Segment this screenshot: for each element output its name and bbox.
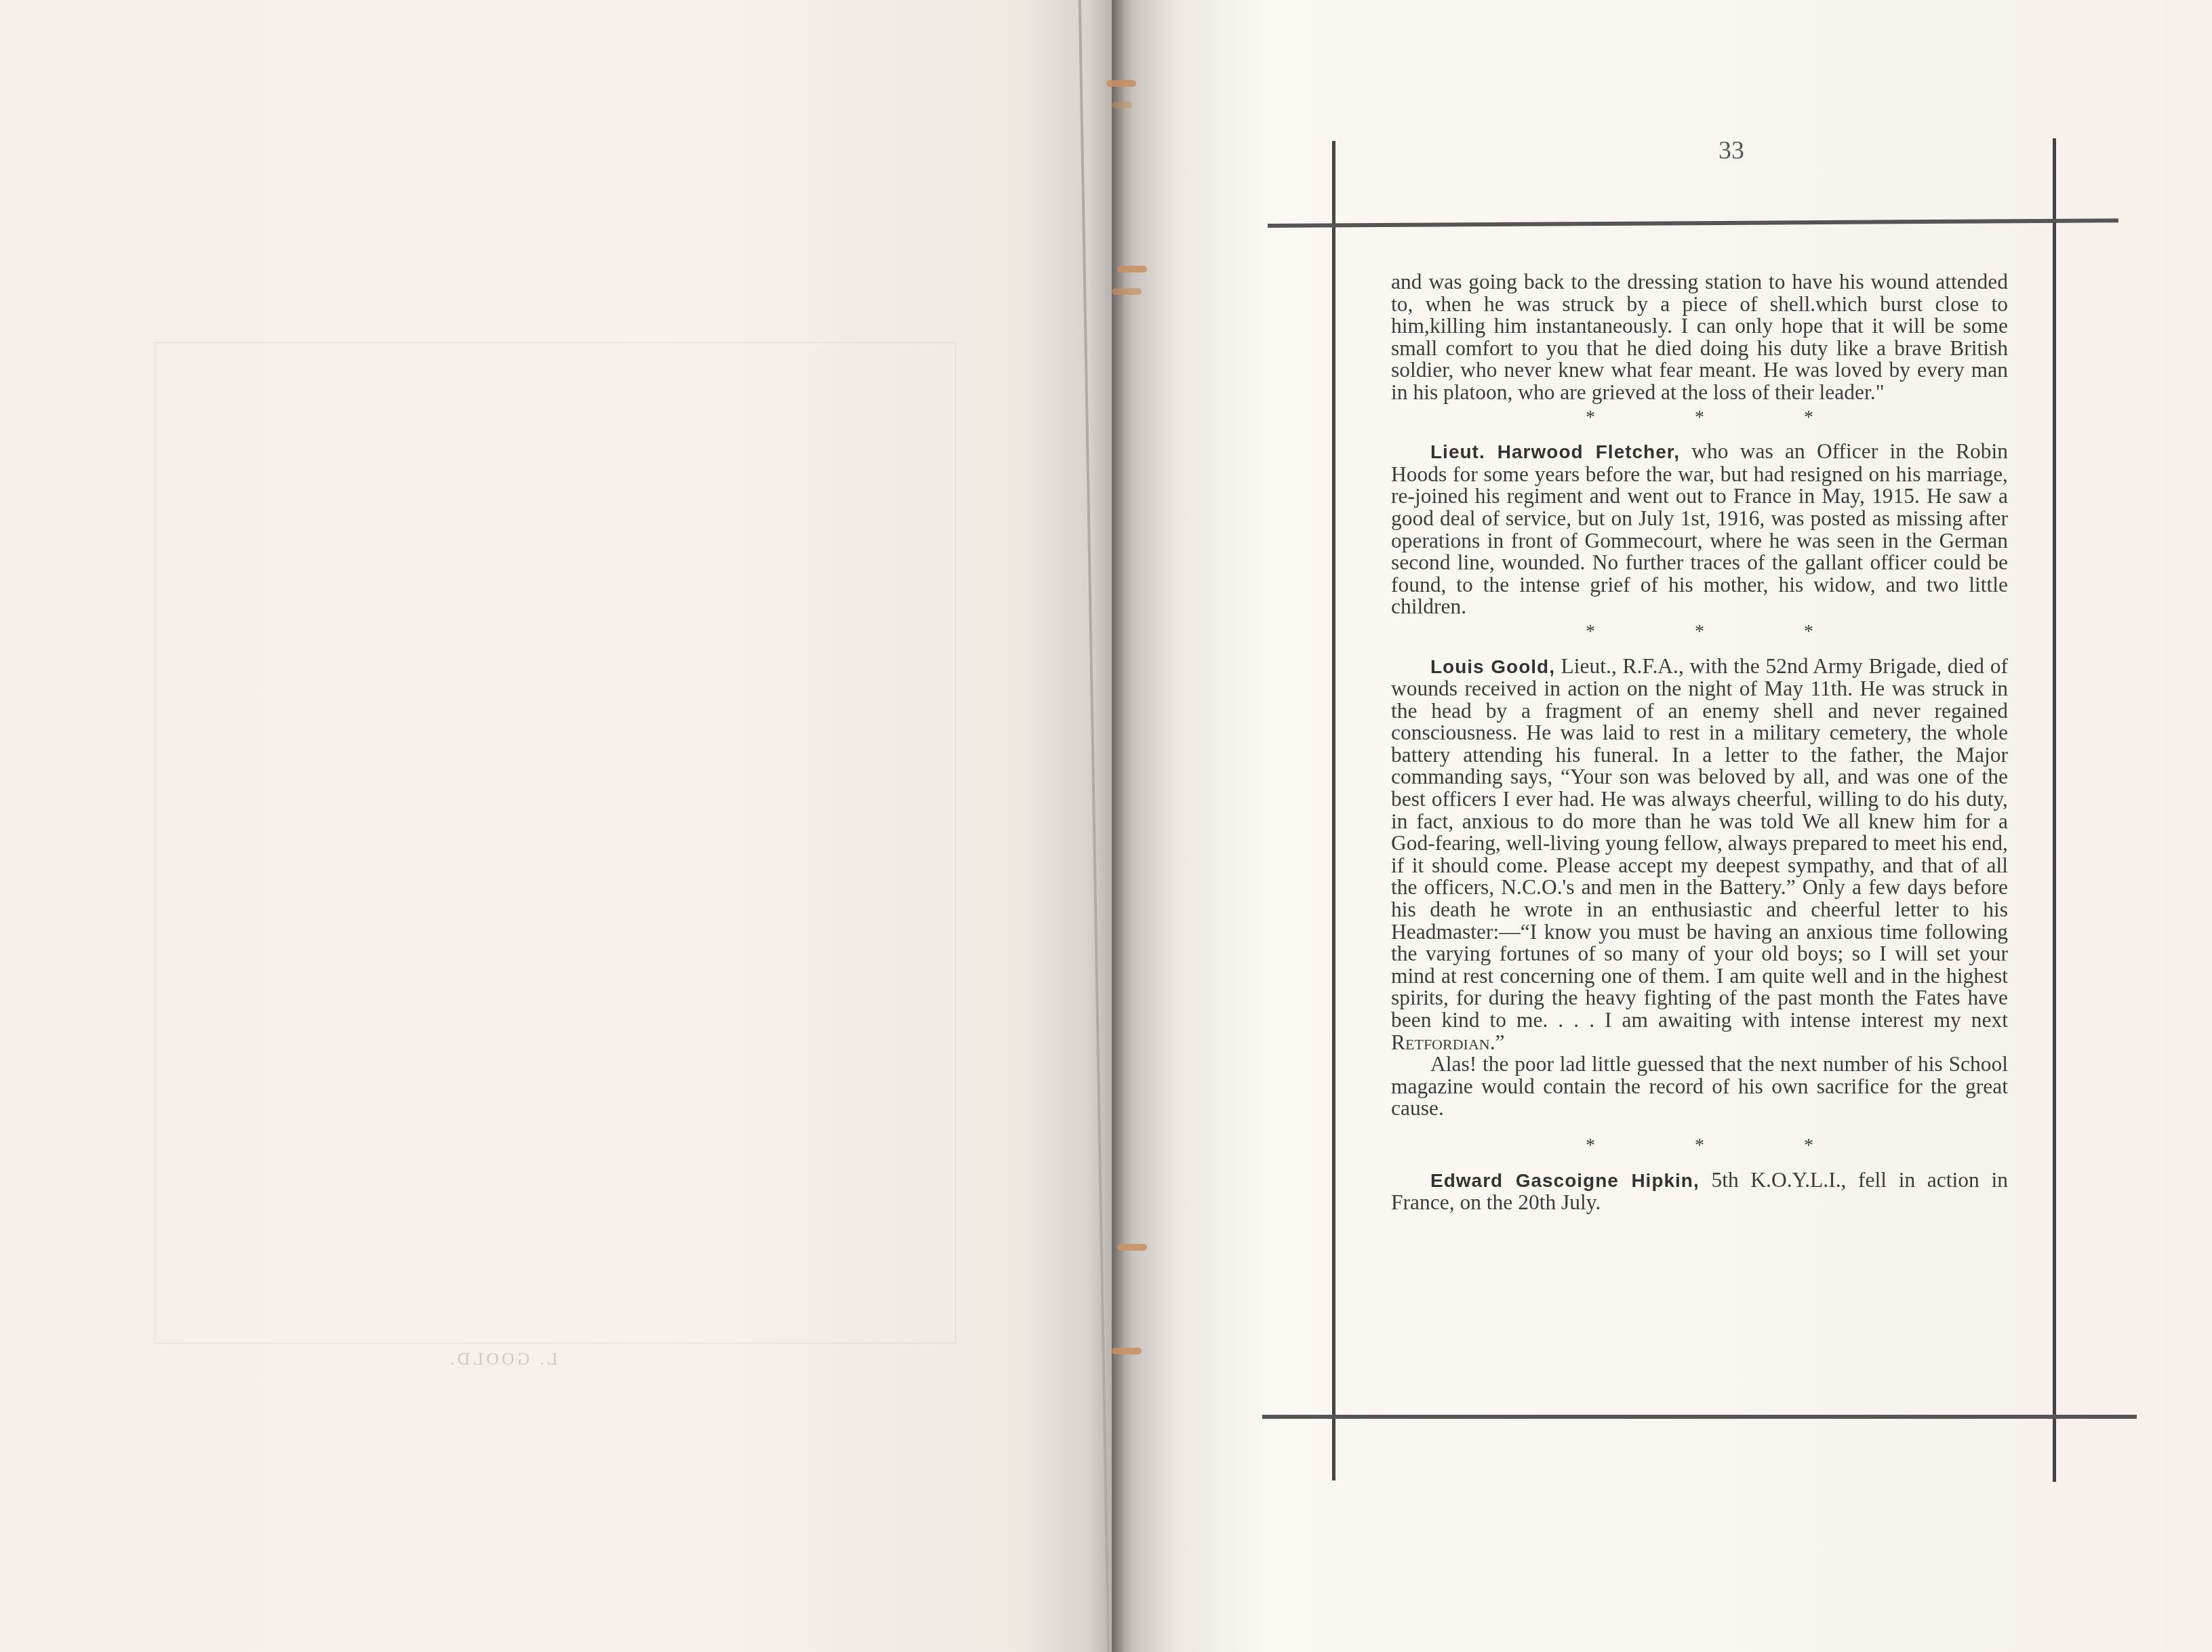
show-through-text: L. GOOLD. [447, 1349, 557, 1369]
magazine-name: Retfordian [1391, 1030, 1490, 1054]
staple-bottom [1117, 266, 1147, 273]
frame-bottom-rule [1262, 1415, 2137, 1419]
paragraph-goold: Louis Goold, Lieut., R.F.A., with the 52… [1391, 656, 2008, 1054]
show-through-frame [155, 342, 956, 1344]
paragraph-continuation: and was going back to the dressing stati… [1391, 271, 2008, 404]
section-separator: * * * [1391, 407, 2008, 429]
paragraph-hipkin: Edward Gascoigne Hipkin, 5th K.O.Y.L.I.,… [1391, 1169, 2008, 1214]
person-name: Louis Goold, [1430, 656, 1555, 677]
paragraph-alas: Alas! the poor lad little guessed that t… [1391, 1053, 2008, 1120]
staple-3 [1117, 1244, 1147, 1251]
section-separator: * * * [1391, 621, 2008, 643]
frame-left-rule [1332, 141, 1335, 1480]
frame-right-rule [2053, 138, 2056, 1482]
page-number: 33 [1718, 136, 1744, 165]
staple-top-2 [1112, 102, 1132, 108]
staple-4 [1112, 1348, 1142, 1354]
article-text: and was going back to the dressing stati… [1391, 271, 2008, 1214]
staple-top [1106, 80, 1136, 87]
person-name: Edward Gascoigne Hipkin, [1430, 1170, 1700, 1191]
spine-gutter [1112, 0, 1124, 1652]
staple-bottom-2 [1112, 288, 1142, 295]
paragraph-fletcher: Lieut. Harwood Fletcher, who was an Offi… [1391, 441, 2008, 618]
person-name: Lieut. Harwood Fletcher, [1430, 441, 1680, 462]
left-page: L. GOOLD. [0, 0, 1112, 1652]
section-separator: * * * [1391, 1135, 2008, 1157]
booklet-spread: L. GOOLD. 33 and was going back to the d… [0, 0, 2212, 1652]
